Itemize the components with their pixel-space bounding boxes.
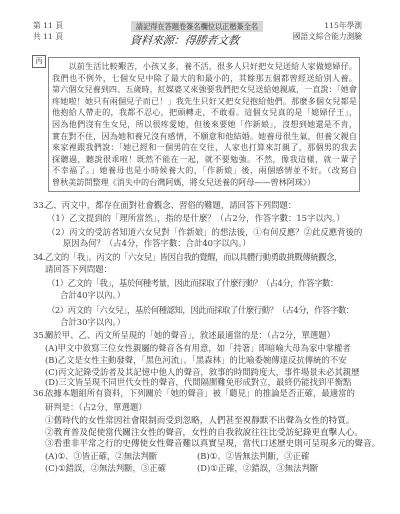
part-text: 乙文的「我」，基於何種考量，因此而採取了什麼行動？（占4分，作答字數： bbox=[68, 278, 338, 288]
question-34-part-2-continued: 合計30字以內。） bbox=[60, 316, 125, 328]
question-36-statement-1: ①舊時代的女性常因社會限制而受到忽略，人們甚至視靜默不出聲為女性的特質。 bbox=[45, 415, 354, 427]
question-33-stem: 33.乙、丙文中，都存在面對社會觀念、習俗的難題，請回答下列問題： bbox=[33, 199, 296, 211]
option-text: 三文皆呈現不同世代女性的聲音，代間隔閡難免形成對立，最終仍能找到平衡點 bbox=[58, 377, 351, 387]
question-36-statement-3: ③看重非平常之行的史傳使女性聲音難以真實呈現，當代口述歷史則可呈現多元的聲音。 bbox=[45, 438, 380, 450]
passage-line: 疼她啦！她只有兩個兒子而已！」我先生只好又把女兒抱給他們。那麼多個女兒都是 bbox=[52, 96, 357, 108]
option-text: ①錯誤，②無法判斷，③正確 bbox=[58, 463, 166, 473]
passage-line: 不幸福了。」她養母也是小時候養大的，「作新娘」後，兩個感情並不好。（改寫自 bbox=[52, 165, 357, 177]
page-number-total: 共 11 頁 bbox=[33, 32, 63, 42]
part-label: （2） bbox=[47, 227, 69, 237]
exam-name: 115年學測 bbox=[324, 21, 362, 31]
question-text: 乙、丙文中，都存在面對社會觀念、習俗的難題，請回答下列問題： bbox=[45, 200, 296, 210]
question-34-part-1-continued: 合計40字以內。） bbox=[60, 289, 125, 301]
option-label: (A) bbox=[45, 451, 58, 461]
question-text: 乙文的「我」、丙文的「六女兒」皆因自我的覺醒，而以具體行動勇敢挑戰傳統觀念， bbox=[45, 252, 342, 262]
passage-line: 第六個女兒養到四、五歲時，紅媒婆又來強要我們把女兒送給她親戚，一直說：「她會 bbox=[52, 84, 357, 96]
question-33-part-1: （1）乙文提到的「理所當然」，指的是什麼？（占2分，作答字數：15字以內。） bbox=[47, 212, 345, 224]
question-number: 34. bbox=[33, 251, 45, 263]
passage-line: 因為他們沒有生女兒，所以很疼愛她，但後來要她「作新娘」，沒想到她還是不肯， bbox=[52, 119, 357, 131]
question-36-option-c: (C)①錯誤，②無法判斷，③正確 bbox=[45, 462, 166, 474]
part-label: （1） bbox=[47, 213, 69, 223]
passage-label: 丙 bbox=[32, 55, 46, 68]
question-34-stem-continued: 請回答下列問題： bbox=[45, 263, 112, 275]
page-number-current: 第 11 頁 bbox=[33, 21, 63, 31]
question-number: 35. bbox=[33, 329, 45, 341]
question-36-stem: 36.依據本題組所有資料，下列關於「她的聲音」被「聽見」的推論是否正確，最適當的 bbox=[33, 387, 355, 399]
option-label: (D) bbox=[45, 377, 58, 387]
question-text: 關於甲、乙、丙文所呈現的「她的聲音」，敘述最適當的是：（占2分，單選題） bbox=[45, 330, 335, 340]
option-text: 乙文是女性主動發聲，「黑色河流」、「黑森林」的比喻委婉傳達反抗傳統的不安 bbox=[58, 355, 347, 365]
option-text: ①、②皆無法判斷，③正確 bbox=[210, 451, 310, 461]
handwritten-source-note: 資料來源：得勝者文教 bbox=[129, 33, 239, 48]
option-label: (B) bbox=[197, 451, 210, 461]
passage-line: 實在對不住，因為她和養兄沒有感情，不願意和他結婚。她養母很生氣，但養父親自 bbox=[52, 131, 357, 143]
question-36-option-a: (A)①、③皆正確，②無法判斷 bbox=[45, 450, 157, 462]
part-label: （2） bbox=[47, 305, 68, 315]
question-33-part-2-continued: 原因為何？（占4分，作答字數：合計40字以內。） bbox=[63, 237, 251, 249]
passage-line: 探聽過，聽說很乖啦！既然不能在一起，就不要勉強。不然，像我這樣，就一輩子 bbox=[52, 154, 357, 166]
passage-line: 以前生活比較艱苦，小孩又多，養不活，很多人只好把女兒送給人家做媳婦仔。 bbox=[52, 61, 357, 73]
option-label: (C) bbox=[45, 463, 58, 473]
option-text: 甲文中敘寫三位女性親屬的聲音各有用意，如「持箸」即暗喻大母為家中掌權者 bbox=[58, 343, 351, 353]
question-number: 36. bbox=[33, 387, 45, 399]
question-34-part-2: （2）丙文的「六女兒」，基於何種認知，因此而採取了什麼行動？（占4分，作答字數： bbox=[47, 304, 354, 316]
question-text: 依據本題組所有資料，下列關於「她的聲音」被「聽見」的推論是否正確，最適當的 bbox=[45, 388, 355, 398]
passage-line: 來家裡跟我們說：「她已經和一個男的在交往，人家也打算來訂親了，那個男的我去 bbox=[52, 142, 357, 154]
passage-citation: 曾秋美訪問整理《消失中的台灣阿媽，將女兒送養的阿母——曾林阿珠》） bbox=[52, 177, 357, 189]
option-label: (B) bbox=[45, 355, 58, 365]
question-36-stem-continued: 研判是：（占2分，單選題） bbox=[45, 401, 147, 413]
question-36-option-b: (B)①、②皆無法判斷，③正確 bbox=[197, 450, 309, 462]
option-text: ①、③皆正確，②無法判斷 bbox=[58, 451, 158, 461]
part-text: 丙文的受訪者知道六女兒對「作新娘」的想法後，①有何反應？②此反應背後的 bbox=[69, 227, 362, 237]
question-35-option-b: (B)乙文是女性主動發聲，「黑色河流」、「黑森林」的比喻委婉傳達反抗傳統的不安 bbox=[45, 354, 347, 366]
part-text: 乙文提到的「理所當然」，指的是什麼？（占2分，作答字數：15字以內。） bbox=[69, 213, 345, 223]
option-text: ①正確，②錯誤，③無法判斷 bbox=[210, 463, 318, 473]
option-label: (D) bbox=[197, 463, 210, 473]
option-label: (A) bbox=[45, 343, 58, 353]
question-35-stem: 35.關於甲、乙、丙文所呈現的「她的聲音」，敘述最適當的是：（占2分，單選題） bbox=[33, 329, 335, 341]
passage-line: 他抱給人帶走的，我都不忍心，把頭轉走，不敢看。這個女兒真的是「媳婦仔王」， bbox=[52, 107, 357, 119]
exam-subject: 國語文綜合能力測驗 bbox=[293, 32, 362, 42]
part-label: （1） bbox=[47, 278, 68, 288]
question-35-option-a: (A)甲文中敘寫三位女性親屬的聲音各有用意，如「持箸」即暗喻大母為家中掌權者 bbox=[45, 342, 351, 354]
question-34-stem: 34.乙文的「我」、丙文的「六女兒」皆因自我的覺醒，而以具體行動勇敢挑戰傳統觀念… bbox=[33, 251, 342, 263]
question-36-option-d: (D)①正確，②錯誤，③無法判斷 bbox=[197, 462, 318, 474]
question-number: 33. bbox=[33, 199, 45, 211]
passage-line: 我們也不例外，七個女兒中除了最大的和最小的，其餘那五個都曾經送給別人養。 bbox=[52, 73, 357, 85]
part-text: 丙文的「六女兒」，基於何種認知，因此而採取了什麼行動？（占4分，作答字數： bbox=[68, 305, 354, 315]
question-34-part-1: （1）乙文的「我」，基於何種考量，因此而採取了什麼行動？（占4分，作答字數： bbox=[47, 277, 338, 289]
signature-notice-banner: 請記得在答題卷簽名欄位以正楷簽全名 bbox=[131, 21, 263, 32]
